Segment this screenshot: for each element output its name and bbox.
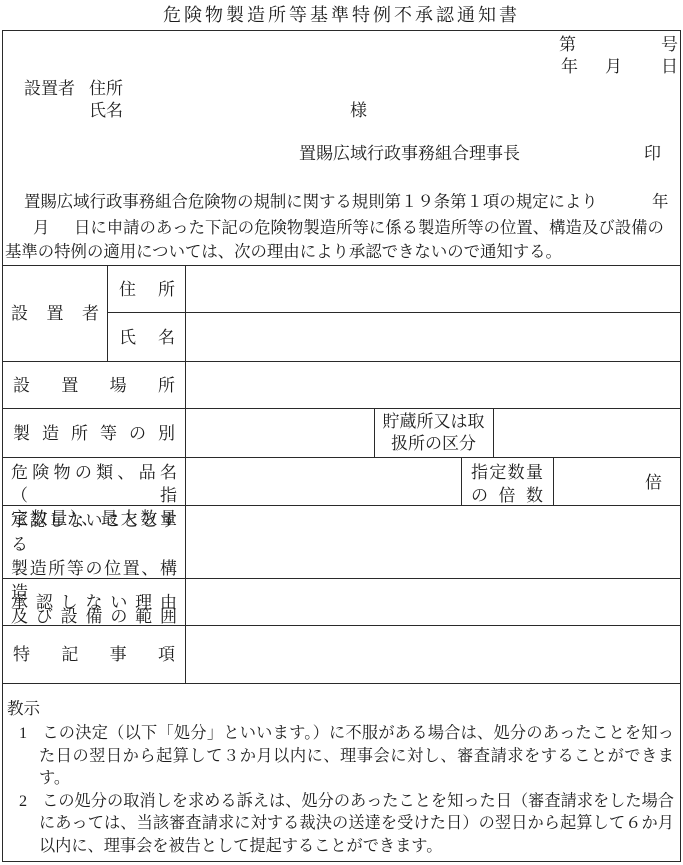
installer-label: 設置者 [24,78,75,99]
instructions-heading: 教示 [7,699,40,720]
doc-number-prefix: 第 [559,34,576,55]
table-bottom-line [3,683,680,684]
instruction-item-1-text: この決定（以下「処分」といいます。）に不服がある場合は、処分のあったことを知った… [39,724,674,787]
scope-label-line1: 承認しないこととする [11,509,177,557]
body-line2: 日に申請のあった下記の危険物製造所等に係る製造所等の位置、構造及び設備の [74,218,664,239]
instruction-item-2: 2この処分の取消しを求める訴えは、処分のあったことを知った日（審査請求をした場合… [39,790,674,858]
notes-value [186,626,680,683]
body-line1-year: 年 [652,192,668,213]
cell-facility-type-label: 製造所等の別 [13,424,175,444]
hazmat-value [186,458,461,505]
location-value [186,362,680,408]
multiple-label-line2: の倍数 [471,484,543,507]
address-label: 住所 [89,78,123,99]
storage-division-line2: 扱所の区分 [374,433,493,455]
table-vline-multiple-left [461,457,462,505]
cell-address-label: 住所 [119,280,175,300]
table-vline-installer-sub [107,265,108,361]
multiple-label-line1: 指定数量 [471,461,543,484]
instructions-list: 1この決定（以下「処分」といいます。）に不服がある場合は、処分のあったことを知っ… [19,722,674,858]
facility-type-value [186,409,374,457]
doc-number-suffix: 号 [661,34,678,55]
instruction-item-2-text: この処分の取消しを求める訴えは、処分のあったことを知った日（審査請求をした場合に… [39,792,674,855]
body-line3: 基準の特例の適用については、次の理由により承認できないので通知する。 [5,242,562,263]
instruction-item-2-number: 2 [19,792,27,810]
installer-address-value [186,266,680,312]
issuer-name: 置賜広域行政事務組合理事長 [299,143,520,164]
body-line1: 置賜広域行政事務組合危険物の規制に関する規則第１９条第１項の規定により [24,192,598,213]
storage-division-value [494,409,680,457]
cell-location-label: 設置場所 [13,376,175,396]
installer-name-value [186,313,680,361]
hazmat-label-line1: 危険物の類、品名（指 [11,461,177,507]
scope-value [186,506,680,578]
document-title: 危険物製造所等基準特例不承認通知書 [0,1,683,27]
body-line2-month: 月 [33,218,49,239]
document-page: 危険物製造所等基準特例不承認通知書 第 号 年 月 日 設置者 住所 氏名 様 … [0,0,683,865]
cell-name-label: 氏名 [119,328,175,348]
cell-installer-label: 設置者 [11,304,99,324]
cell-reason-label: 承認しない理由 [11,593,177,613]
name-label: 氏名 [89,100,123,121]
date-month-label: 月 [605,56,622,77]
storage-division-line1: 貯蔵所又は取 [374,411,493,433]
document-frame: 第 号 年 月 日 設置者 住所 氏名 様 置賜広域行政事務組合理事長 印 置賜… [2,30,681,862]
seal-mark: 印 [644,143,661,164]
date-day-label: 日 [661,56,678,77]
cell-storage-division-label: 貯蔵所又は取 扱所の区分 [374,411,493,455]
cell-multiple-label: 指定数量 の倍数 [471,461,543,507]
instruction-item-1: 1この決定（以下「処分」といいます。）に不服がある場合は、処分のあったことを知っ… [39,722,674,790]
cell-notes-label: 特記事項 [13,645,175,665]
honorific-label: 様 [350,100,367,121]
instruction-item-1-number: 1 [19,724,27,742]
date-year-label: 年 [561,56,578,77]
reason-value [186,579,680,625]
multiple-unit-label: 倍 [553,472,672,493]
